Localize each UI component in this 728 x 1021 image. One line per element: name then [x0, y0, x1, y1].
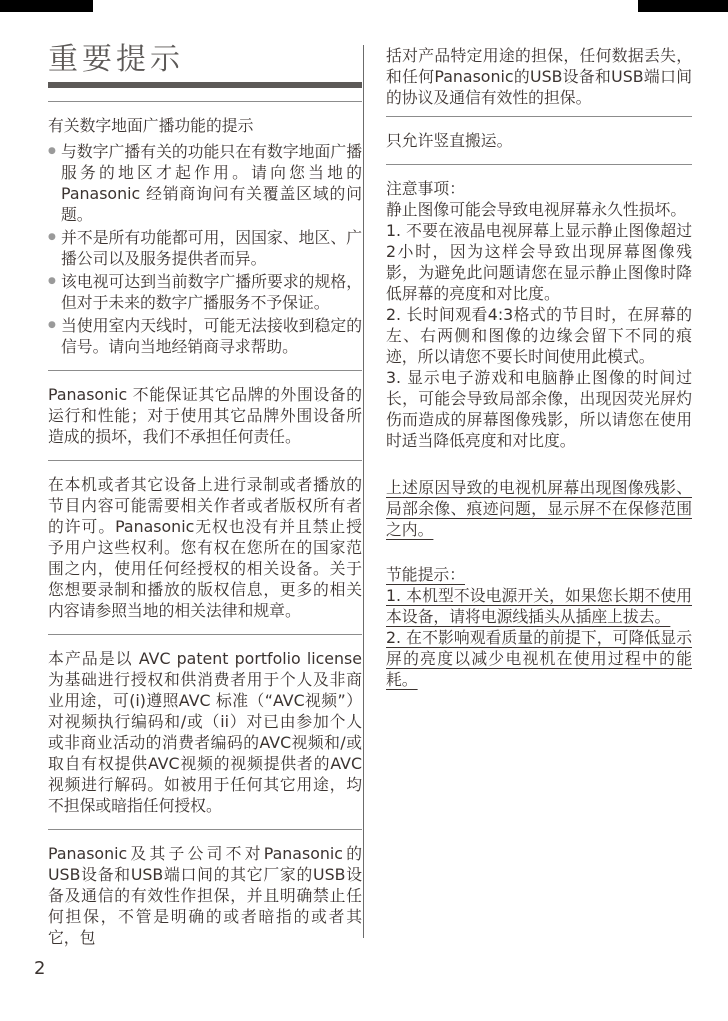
top-left-corner-mark	[0, 0, 93, 12]
usb-disclaimer-continuation: 括对产品特定用途的担保，任何数据丢失，和任何Panasonic的USB设备和US…	[386, 45, 692, 108]
energy-saving-item: 2. 在不影响观看质量的前提下，可降低显示屏的亮度以减少电视机在使用过程中的能耗…	[386, 627, 692, 690]
circle-bullet-icon: ●	[48, 271, 61, 313]
top-right-corner-mark	[638, 0, 728, 12]
bullet-text: 与数字广播有关的功能只在有数字地面广播服务的地区才起作用。请向您当地的Panas…	[61, 141, 362, 225]
section-rule	[48, 370, 362, 371]
list-item: ● 与数字广播有关的功能只在有数字地面广播服务的地区才起作用。请向您当地的Pan…	[48, 141, 362, 225]
section-rule	[48, 829, 362, 830]
bullet-list: ● 与数字广播有关的功能只在有数字地面广播服务的地区才起作用。请向您当地的Pan…	[48, 141, 362, 357]
left-column: 重要提示 有关数字地面广播功能的提示 ● 与数字广播有关的功能只在有数字地面广播…	[48, 43, 362, 948]
bullet-text: 当使用室内天线时，可能无法接收到稳定的信号。请向当地经销商寻求帮助。	[61, 315, 362, 357]
caution-section: 注意事项： 静止图像可能会导致电视屏幕永久性损坏。 1. 不要在液晶电视屏幕上显…	[386, 178, 692, 451]
copyright-paragraph: 在本机或者其它设备上进行录制或者播放的节目内容可能需要相关作者或者版权所有者的许…	[48, 474, 362, 621]
section-rule	[386, 116, 692, 117]
list-item: ● 并不是所有功能都可用，因国家、地区、广播公司以及服务提供者而异。	[48, 227, 362, 269]
title-underline-bar	[48, 82, 362, 88]
caution-item: 2. 长时间观看4:3格式的节目时，在屏幕的左、右两侧和图像的边缘会留下不同的痕…	[386, 304, 692, 367]
page-number: 2	[34, 958, 45, 980]
avc-license-paragraph: 本产品是以 AVC patent portfolio license 为基础进行…	[48, 648, 362, 816]
right-column: 括对产品特定用途的担保，任何数据丢失，和任何Panasonic的USB设备和US…	[386, 45, 692, 690]
circle-bullet-icon: ●	[48, 227, 61, 269]
carry-upright-note: 只允许竖直搬运。	[386, 130, 692, 151]
bullet-text: 并不是所有功能都可用，因国家、地区、广播公司以及服务提供者而异。	[61, 227, 362, 269]
energy-saving-heading: 节能提示：	[386, 564, 692, 585]
caution-intro: 静止图像可能会导致电视屏幕永久性损坏。	[386, 199, 692, 220]
section-rule	[386, 164, 692, 165]
caution-heading: 注意事项：	[386, 178, 692, 199]
section-heading: 有关数字地面广播功能的提示	[48, 115, 362, 136]
section-rule	[48, 634, 362, 635]
section-rule	[48, 101, 362, 102]
usb-disclaimer-paragraph: Panasonic及其子公司不对Panasonic的USB设备和USB端口间的其…	[48, 843, 362, 948]
digital-broadcast-tips-section: 有关数字地面广播功能的提示 ● 与数字广播有关的功能只在有数字地面广播服务的地区…	[48, 115, 362, 357]
circle-bullet-icon: ●	[48, 315, 61, 357]
section-rule	[48, 460, 362, 461]
page-title: 重要提示	[48, 43, 362, 77]
warranty-exclusion-note: 上述原因导致的电视机屏幕出现图像残影、局部余像、痕迹问题，显示屏不在保修范围之内…	[386, 477, 692, 540]
peripheral-disclaimer-paragraph: Panasonic 不能保证其它品牌的外围设备的运行和性能；对于使用其它品牌外围…	[48, 384, 362, 447]
bullet-text: 该电视可达到当前数字广播所要求的规格，但对于未来的数字广播服务不予保证。	[61, 271, 362, 313]
circle-bullet-icon: ●	[48, 141, 61, 225]
caution-item: 1. 不要在液晶电视屏幕上显示静止图像超过2小时，因为这样会导致出现屏幕图像残影…	[386, 220, 692, 304]
list-item: ● 该电视可达到当前数字广播所要求的规格，但对于未来的数字广播服务不予保证。	[48, 271, 362, 313]
column-divider	[363, 45, 364, 938]
caution-item: 3. 显示电子游戏和电脑静止图像的时间过长，可能会导致局部余像，出现因荧光屏灼伤…	[386, 367, 692, 451]
manual-page: 重要提示 有关数字地面广播功能的提示 ● 与数字广播有关的功能只在有数字地面广播…	[0, 0, 728, 1021]
energy-saving-item: 1. 本机型不设电源开关，如果您长期不使用本设备，请将电源线插头从插座上拔去。	[386, 585, 692, 627]
list-item: ● 当使用室内天线时，可能无法接收到稳定的信号。请向当地经销商寻求帮助。	[48, 315, 362, 357]
